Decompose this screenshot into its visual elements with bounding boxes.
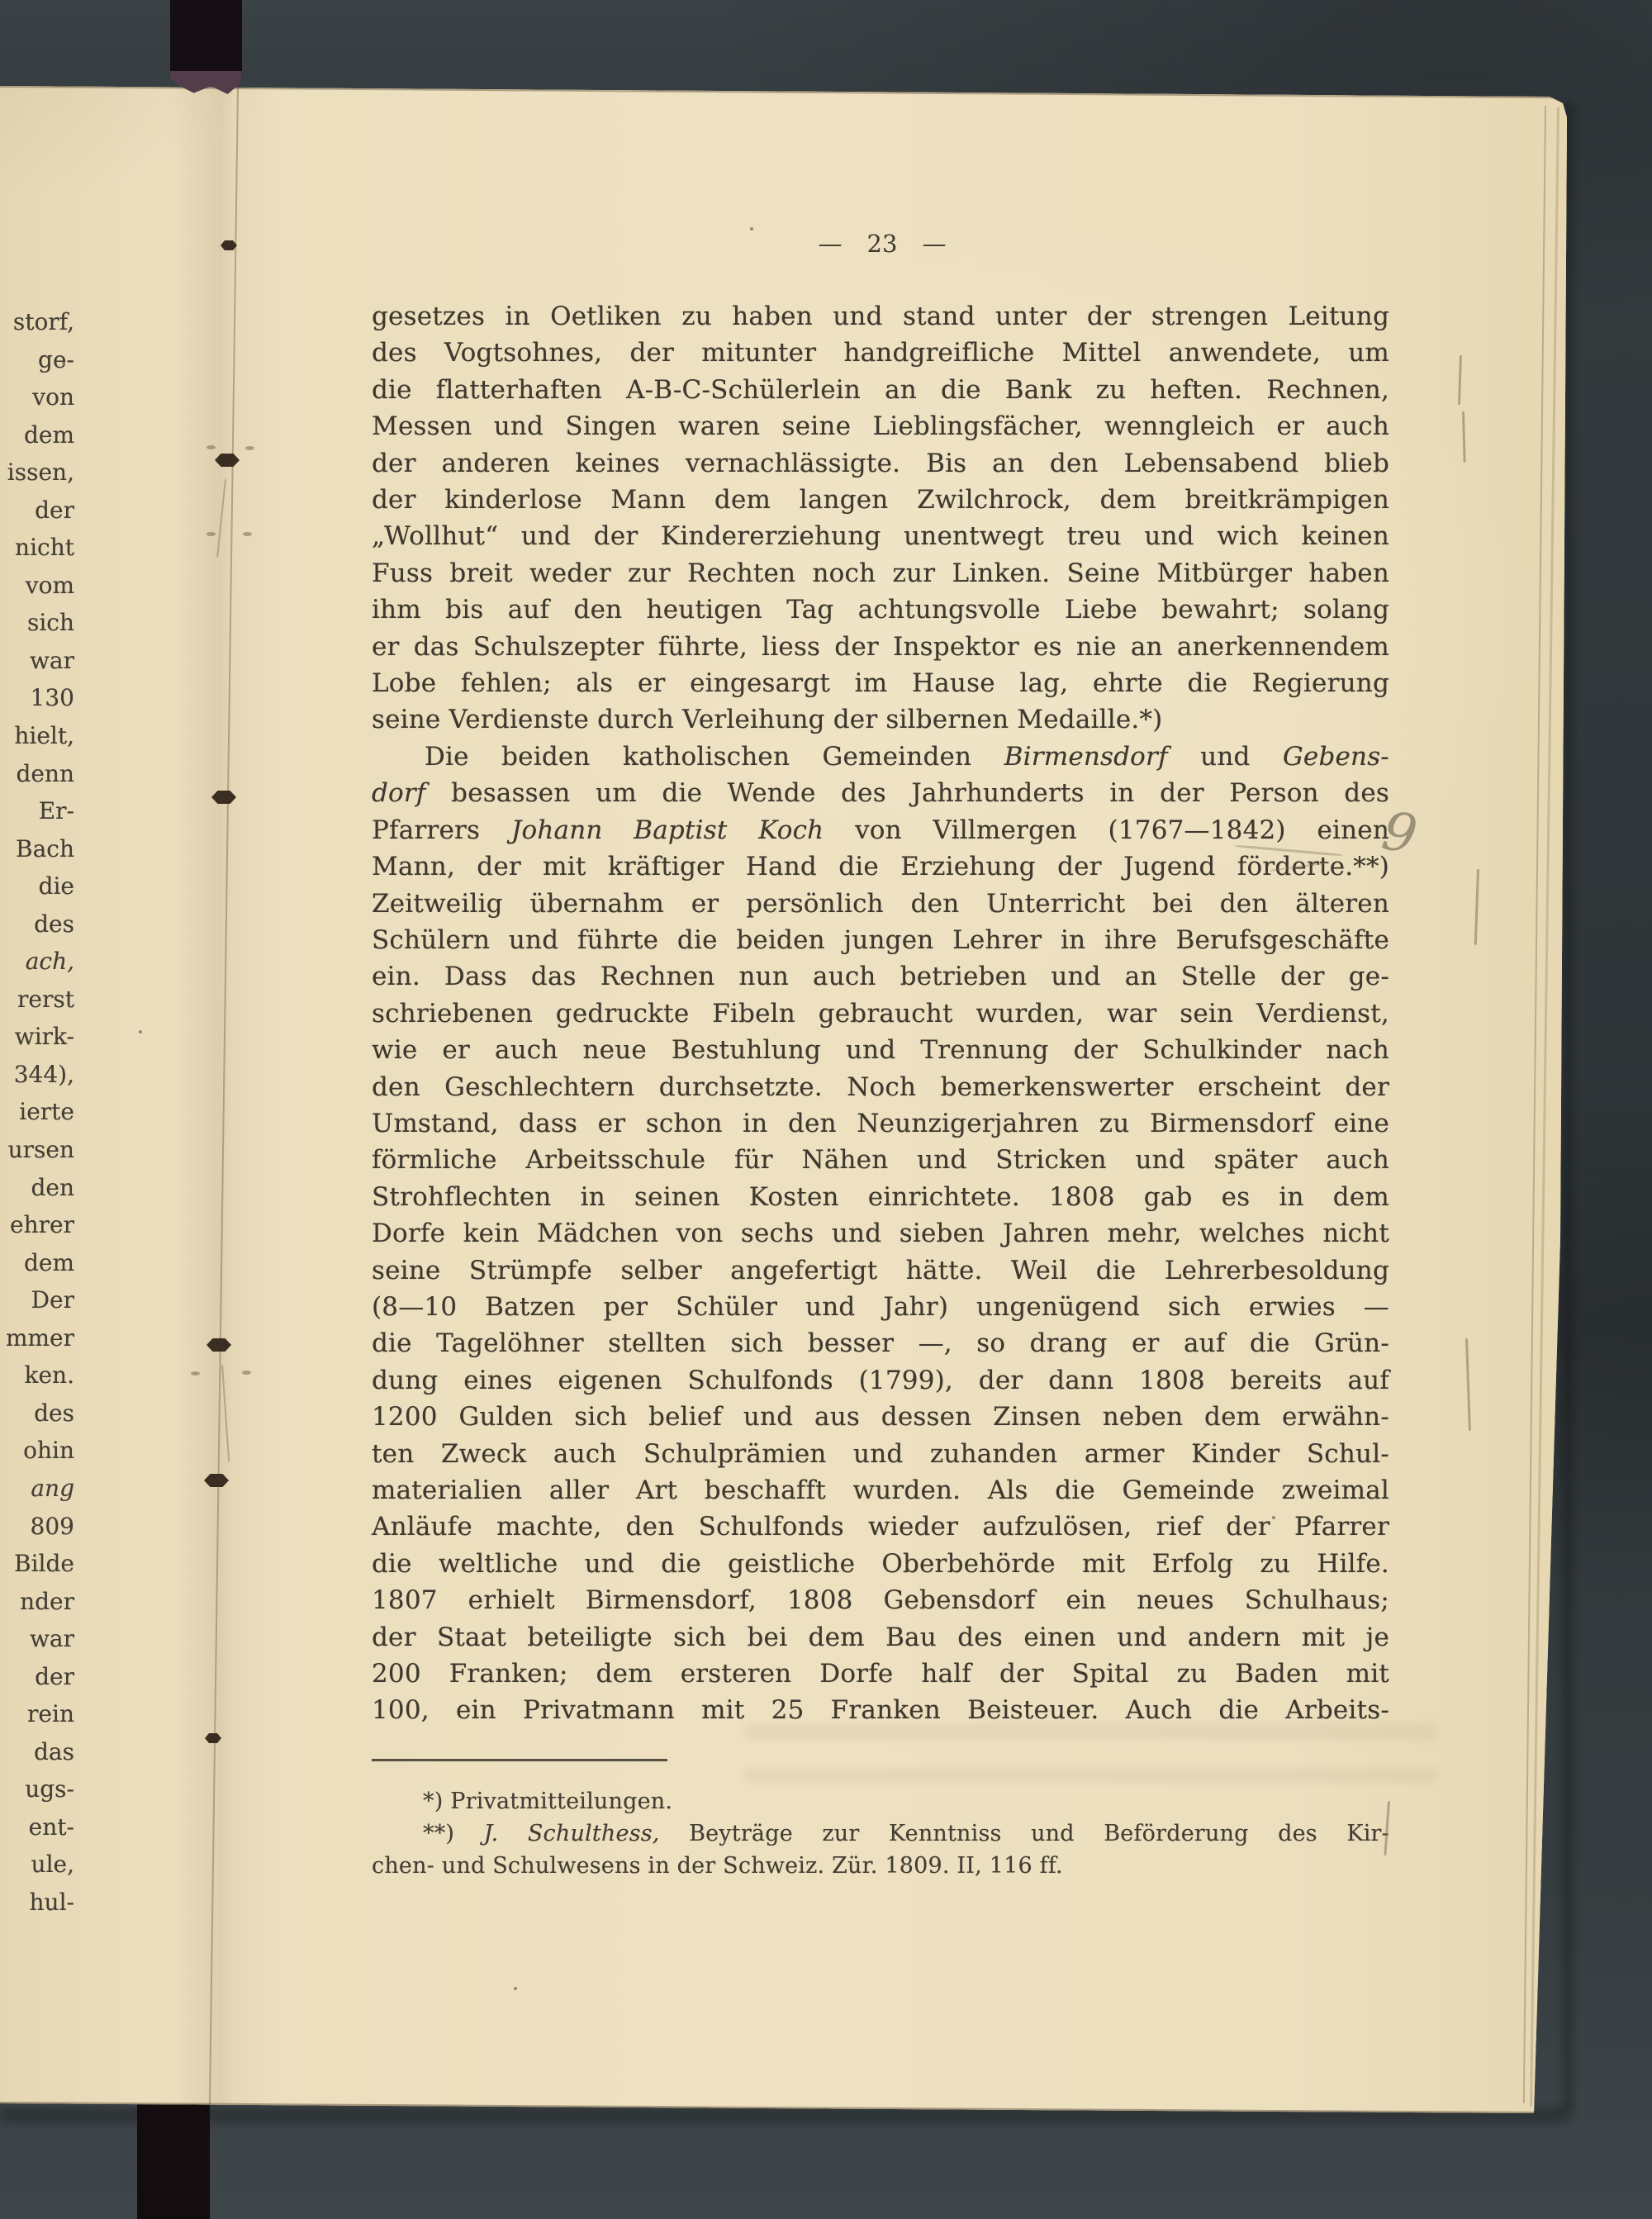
left-page-fragment: ge- (0, 341, 78, 379)
text-segment: ugs- (25, 1775, 74, 1803)
left-page-fragment: vom (0, 567, 78, 605)
italic-text-segment: dorf (372, 778, 426, 808)
text-segment: der (35, 497, 74, 524)
body-text-line: ihm bis auf den heutigen Tag achtungsvol… (372, 592, 1389, 628)
text-segment: Strohflechten in seinen Kosten einrichte… (372, 1182, 1389, 1212)
sewing-hole (243, 532, 252, 536)
text-segment: förmliche Arbeitsschule für Nähen und St… (372, 1145, 1389, 1175)
left-page-fragment: war (0, 1620, 78, 1658)
text-segment: (8—10 Batzen per Schüler und Jahr) ungen… (372, 1292, 1389, 1322)
text-segment: und (1168, 742, 1283, 772)
text-segment: ursen (8, 1136, 74, 1163)
body-text-line: seine Strümpfe selber angefertigt hätte.… (372, 1252, 1389, 1289)
text-segment: die (39, 872, 74, 900)
pencil-margin-stroke (1458, 355, 1462, 405)
body-text-line: Fuss breit weder zur Rechten noch zur Li… (372, 555, 1389, 592)
text-segment: 344), (14, 1061, 74, 1088)
body-text-line: ten Zweck auch Schulprämien und zuhanden… (372, 1436, 1389, 1472)
text-segment: ein. Dass das Rechnen nun auch betrieben… (372, 962, 1389, 991)
text-segment: er das Schulszepter führte, liess der In… (372, 632, 1389, 662)
text-segment: ken. (25, 1361, 74, 1389)
left-page-fragment: ent- (0, 1808, 78, 1846)
body-text-line: Lobe fehlen; als er eingesargt im Hause … (372, 665, 1389, 701)
text-segment: Bach (16, 835, 74, 862)
main-text-block: gesetzes in Oetliken zu haben und stand … (372, 298, 1389, 1729)
text-segment: war (30, 647, 74, 674)
text-segment: dung eines eigenen Schulfonds (1799), de… (372, 1366, 1389, 1395)
text-segment: war (30, 1625, 74, 1652)
text-segment: ent- (29, 1813, 74, 1841)
left-page-fragment: Der (0, 1281, 78, 1319)
body-text-line: Die beiden katholischen Gemeinden Birmen… (372, 739, 1389, 775)
left-page-fragment: Er- (0, 792, 78, 830)
text-segment: seine Strümpfe selber angefertigt hätte.… (372, 1256, 1389, 1285)
left-page-fragment: der (0, 1658, 78, 1696)
text-segment: gesetzes in Oetliken zu haben und stand … (372, 302, 1389, 331)
left-page-fragment: storf, (0, 303, 78, 341)
text-segment: Schülern und führte die beiden jungen Le… (372, 925, 1389, 955)
left-page-fragment: 809 (0, 1508, 78, 1546)
left-page-fragment: ken. (0, 1357, 78, 1395)
body-text-line: die Tagelöhner stellten sich besser —, s… (372, 1325, 1389, 1361)
body-text-line: Strohflechten in seinen Kosten einrichte… (372, 1179, 1389, 1215)
body-text-line: 1807 erhielt Birmensdorf, 1808 Gebensdor… (372, 1582, 1389, 1618)
text-segment: Der (31, 1286, 74, 1314)
text-segment: Umstand, dass er schon in den Neunzigerj… (372, 1109, 1389, 1138)
body-text-line: Anläufe machte, den Schulfonds wieder au… (372, 1509, 1389, 1545)
text-segment: Lobe fehlen; als er eingesargt im Hause … (372, 668, 1389, 698)
left-page-fragment: nicht (0, 529, 78, 567)
body-text-line: er das Schulszepter führte, liess der In… (372, 629, 1389, 665)
text-segment: die flatterhaften A-B-C-Schülerlein an d… (372, 375, 1389, 405)
body-text-line: 200 Franken; dem ersteren Dorfe half der… (372, 1656, 1389, 1692)
left-page-fragment: des (0, 905, 78, 943)
left-page-fragment: Bach (0, 830, 78, 868)
text-segment: vom (26, 572, 74, 599)
paper-speck (139, 1030, 142, 1033)
book-page: — 23 — storf,ge-vondemissen,dernichtvoms… (0, 0, 1652, 2219)
paper-speck (62, 361, 65, 364)
text-segment: die Tagelöhner stellten sich besser —, s… (372, 1328, 1389, 1358)
italic-text-segment: ach, (26, 948, 74, 975)
text-segment: Pfarrers (372, 815, 511, 845)
sewing-hole (206, 532, 216, 536)
folio-dash-right: — (922, 230, 946, 258)
body-text-line: schriebenen gedruckte Fibeln gebraucht w… (372, 995, 1389, 1032)
text-segment: Messen und Singen waren seine Lieblingsf… (372, 411, 1389, 441)
ink-showthrough (743, 1768, 1437, 1783)
body-text-line: (8—10 Batzen per Schüler und Jahr) ungen… (372, 1289, 1389, 1325)
text-segment: Er- (39, 797, 74, 824)
text-segment: Fuss breit weder zur Rechten noch zur Li… (372, 558, 1389, 588)
text-segment: wirk- (15, 1023, 74, 1050)
left-page-fragment: sich (0, 604, 78, 642)
text-segment: rerst (17, 986, 74, 1013)
text-segment: 200 Franken; dem ersteren Dorfe half der… (372, 1659, 1389, 1689)
left-page-fragment: des (0, 1395, 78, 1433)
text-segment: ihm bis auf den heutigen Tag achtungsvol… (372, 595, 1389, 625)
text-segment: storf, (13, 308, 74, 335)
text-segment: der anderen keines vernachlässigte. Bis … (372, 449, 1389, 478)
text-segment: materialien aller Art beschafft wurden. … (372, 1475, 1389, 1505)
left-page-fragment: dem (0, 1244, 78, 1282)
text-segment: ierte (19, 1098, 74, 1125)
sewing-hole (245, 446, 254, 450)
text-segment: „Wollhut“ und der Kindererziehung unentw… (372, 521, 1389, 551)
body-text-line: Dorfe kein Mädchen von sechs und sieben … (372, 1215, 1389, 1252)
text-segment: 1200 Gulden sich belief und aus dessen Z… (372, 1402, 1389, 1432)
body-text-line: Zeitweilig übernahm er persönlich den Un… (372, 886, 1389, 922)
book-scan-photo: — 23 — storf,ge-vondemissen,dernichtvoms… (0, 0, 1652, 2219)
text-segment: nder (20, 1588, 74, 1615)
left-page-fragment: ehrer (0, 1206, 78, 1244)
gutter-shadow (172, 86, 279, 2105)
text-segment: die weltliche und die geistliche Oberbeh… (372, 1549, 1389, 1579)
left-page-fragment: denn (0, 755, 78, 793)
left-page-fragment: dem (0, 416, 78, 454)
left-page-fragment: 130 (0, 679, 78, 717)
text-segment: 100, ein Privatmann mit 25 Franken Beist… (372, 1695, 1389, 1725)
left-page-fragment: ugs- (0, 1770, 78, 1808)
text-segment: ohin (23, 1437, 74, 1464)
left-page-fragment: ursen (0, 1131, 78, 1169)
body-text-line: „Wollhut“ und der Kindererziehung unentw… (372, 518, 1389, 554)
text-segment: ule, (31, 1851, 74, 1878)
pencil-margin-stroke (1474, 869, 1479, 945)
text-segment: Beyträge zur Kenntniss und Beförderung d… (660, 1821, 1389, 1846)
text-segment: Zeitweilig übernahm er persönlich den Un… (372, 889, 1389, 919)
text-segment: von (32, 383, 74, 411)
body-text-line: gesetzes in Oetliken zu haben und stand … (372, 298, 1389, 335)
text-segment: von Villmergen (1767—1842) einen (824, 815, 1389, 845)
text-segment: besassen um die Wende des Jahrhunderts i… (426, 778, 1389, 808)
left-page-fragment: Bilde (0, 1545, 78, 1583)
left-page-fragment: von (0, 378, 78, 416)
page-number: 23 (867, 230, 898, 258)
italic-text-segment: J. Schulthess, (484, 1821, 660, 1846)
text-segment: den Geschlechtern durchsetzte. Noch beme… (372, 1072, 1389, 1102)
text-segment: Anläufe machte, den Schulfonds wieder au… (372, 1512, 1389, 1542)
text-segment: das (34, 1738, 74, 1765)
text-segment: wie er auch neue Bestuhlung und Trennung… (372, 1035, 1389, 1065)
left-page-fragment: 344), (0, 1056, 78, 1094)
body-text-line: der Staat beteiligte sich bei dem Bau de… (372, 1619, 1389, 1656)
italic-text-segment: ang (31, 1475, 74, 1502)
italic-text-segment: Birmensdorf (1004, 742, 1168, 772)
pencil-margin-stroke (1465, 1338, 1471, 1431)
text-segment: der Staat beteiligte sich bei dem Bau de… (372, 1623, 1389, 1652)
text-segment: hielt, (14, 722, 74, 749)
text-segment: des Vogtsohnes, der mitunter handgreifli… (372, 338, 1389, 368)
footnote-rule (372, 1759, 667, 1761)
text-segment: rein (27, 1700, 74, 1727)
left-page-fragment: mmer (0, 1319, 78, 1357)
text-segment: dem (24, 421, 74, 449)
left-page-fragment: der (0, 492, 78, 530)
text-segment: sich (27, 609, 74, 636)
ink-showthrough (743, 1723, 1437, 1740)
body-text-line: Schülern und führte die beiden jungen Le… (372, 922, 1389, 958)
page-header-folio: — 23 — (758, 226, 1006, 262)
sewing-hole (206, 445, 216, 449)
text-segment: denn (16, 760, 74, 787)
body-text-line: wie er auch neue Bestuhlung und Trennung… (372, 1032, 1389, 1068)
footnote-line: chen- und Schulwesens in der Schweiz. Zü… (372, 1850, 1389, 1882)
body-text-line: Pfarrers Johann Baptist Koch von Villmer… (372, 812, 1389, 848)
left-page-fragment: hielt, (0, 717, 78, 755)
text-segment: 1807 erhielt Birmensdorf, 1808 Gebensdor… (372, 1585, 1389, 1615)
text-segment: der (35, 1663, 74, 1690)
text-segment: ehrer (10, 1211, 74, 1238)
text-segment: Bilde (14, 1550, 74, 1577)
text-segment: 130 (31, 684, 74, 711)
text-segment: den (31, 1174, 74, 1201)
body-text-line: seine Verdienste durch Verleihung der si… (372, 701, 1389, 738)
body-text-line: dung eines eigenen Schulfonds (1799), de… (372, 1362, 1389, 1399)
body-text-line: Mann, der mit kräftiger Hand die Erziehu… (372, 848, 1389, 885)
text-segment: Dorfe kein Mädchen von sechs und sieben … (372, 1219, 1389, 1248)
paper-speck (750, 227, 753, 230)
left-page-fragment: das (0, 1733, 78, 1771)
body-text-line: förmliche Arbeitsschule für Nähen und St… (372, 1142, 1389, 1178)
body-text-line: materialien aller Art beschafft wurden. … (372, 1472, 1389, 1509)
body-text-line: Umstand, dass er schon in den Neunzigerj… (372, 1105, 1389, 1142)
text-segment: schriebenen gedruckte Fibeln gebraucht w… (372, 999, 1389, 1029)
text-segment: chen- und Schulwesens in der Schweiz. Zü… (372, 1853, 1063, 1879)
text-segment: issen, (7, 459, 74, 486)
sewing-hole (242, 1371, 251, 1375)
bookmark-ribbon-top (170, 0, 242, 73)
left-page-fragment: ierte (0, 1093, 78, 1131)
left-page-fragment: nder (0, 1583, 78, 1621)
text-segment: des (34, 1399, 74, 1427)
italic-text-segment: Gebens- (1283, 742, 1389, 772)
text-segment: mmer (6, 1324, 74, 1352)
text-segment: seine Verdienste durch Verleihung der si… (372, 705, 1162, 734)
footnote-line: *) Privatmitteilungen. (372, 1785, 1389, 1817)
left-page-fragment: ach, (0, 943, 78, 981)
folio-dash-left: — (819, 230, 843, 258)
left-page-fragment: rerst (0, 981, 78, 1019)
text-segment: des (34, 910, 74, 938)
body-text-line: der kinderlose Mann dem langen Zwilchroc… (372, 482, 1389, 518)
left-page-fragment: wirk- (0, 1018, 78, 1056)
body-text-line: den Geschlechtern durchsetzte. Noch beme… (372, 1069, 1389, 1105)
body-text-line: 1200 Gulden sich belief und aus dessen Z… (372, 1399, 1389, 1435)
left-page-fragment: issen, (0, 454, 78, 492)
body-text-line: dorf besassen um die Wende des Jahrhunde… (372, 775, 1389, 811)
left-page-fragment: ohin (0, 1432, 78, 1470)
footnotes-block: *) Privatmitteilungen.**) J. Schulthess,… (372, 1785, 1389, 1882)
left-page-fragment: den (0, 1169, 78, 1207)
text-segment: ten Zweck auch Schulprämien und zuhanden… (372, 1439, 1389, 1469)
italic-text-segment: Johann Baptist Koch (511, 815, 824, 845)
text-segment: ge- (38, 346, 74, 373)
left-page-fragment: ang (0, 1470, 78, 1508)
left-page-fragment: rein (0, 1695, 78, 1733)
text-segment: nicht (15, 534, 74, 561)
body-text-line: ein. Dass das Rechnen nun auch betrieben… (372, 958, 1389, 995)
left-page-fragment: hul- (0, 1884, 78, 1922)
text-segment: dem (24, 1249, 74, 1276)
left-page-text-fragments: storf,ge-vondemissen,dernichtvomsichwar1… (0, 303, 78, 1922)
paper-speck (514, 1987, 517, 1990)
text-segment: **) (423, 1821, 484, 1846)
left-page-fragment: die (0, 867, 78, 905)
body-text-line: die weltliche und die geistliche Oberbeh… (372, 1546, 1389, 1582)
text-segment: Die beiden katholischen Gemeinden (425, 742, 1004, 772)
sewing-hole (191, 1371, 200, 1376)
body-text-line: die flatterhaften A-B-C-Schülerlein an d… (372, 372, 1389, 408)
pencil-margin-stroke (1462, 411, 1466, 463)
text-segment: der kinderlose Mann dem langen Zwilchroc… (372, 485, 1389, 515)
body-text-line: der anderen keines vernachlässigte. Bis … (372, 445, 1389, 482)
text-segment: hul- (30, 1889, 74, 1916)
body-text-line: Messen und Singen waren seine Lieblingsf… (372, 408, 1389, 444)
paper-speck (1272, 1516, 1275, 1519)
text-segment: *) Privatmitteilungen. (423, 1789, 672, 1814)
body-text-line: des Vogtsohnes, der mitunter handgreifli… (372, 335, 1389, 371)
text-segment: Mann, der mit kräftiger Hand die Erziehu… (372, 852, 1389, 881)
left-page-fragment: war (0, 642, 78, 680)
text-segment: 809 (31, 1513, 74, 1540)
left-page-fragment: ule, (0, 1846, 78, 1884)
footnote-line: **) J. Schulthess, Beyträge zur Kenntnis… (372, 1817, 1389, 1850)
